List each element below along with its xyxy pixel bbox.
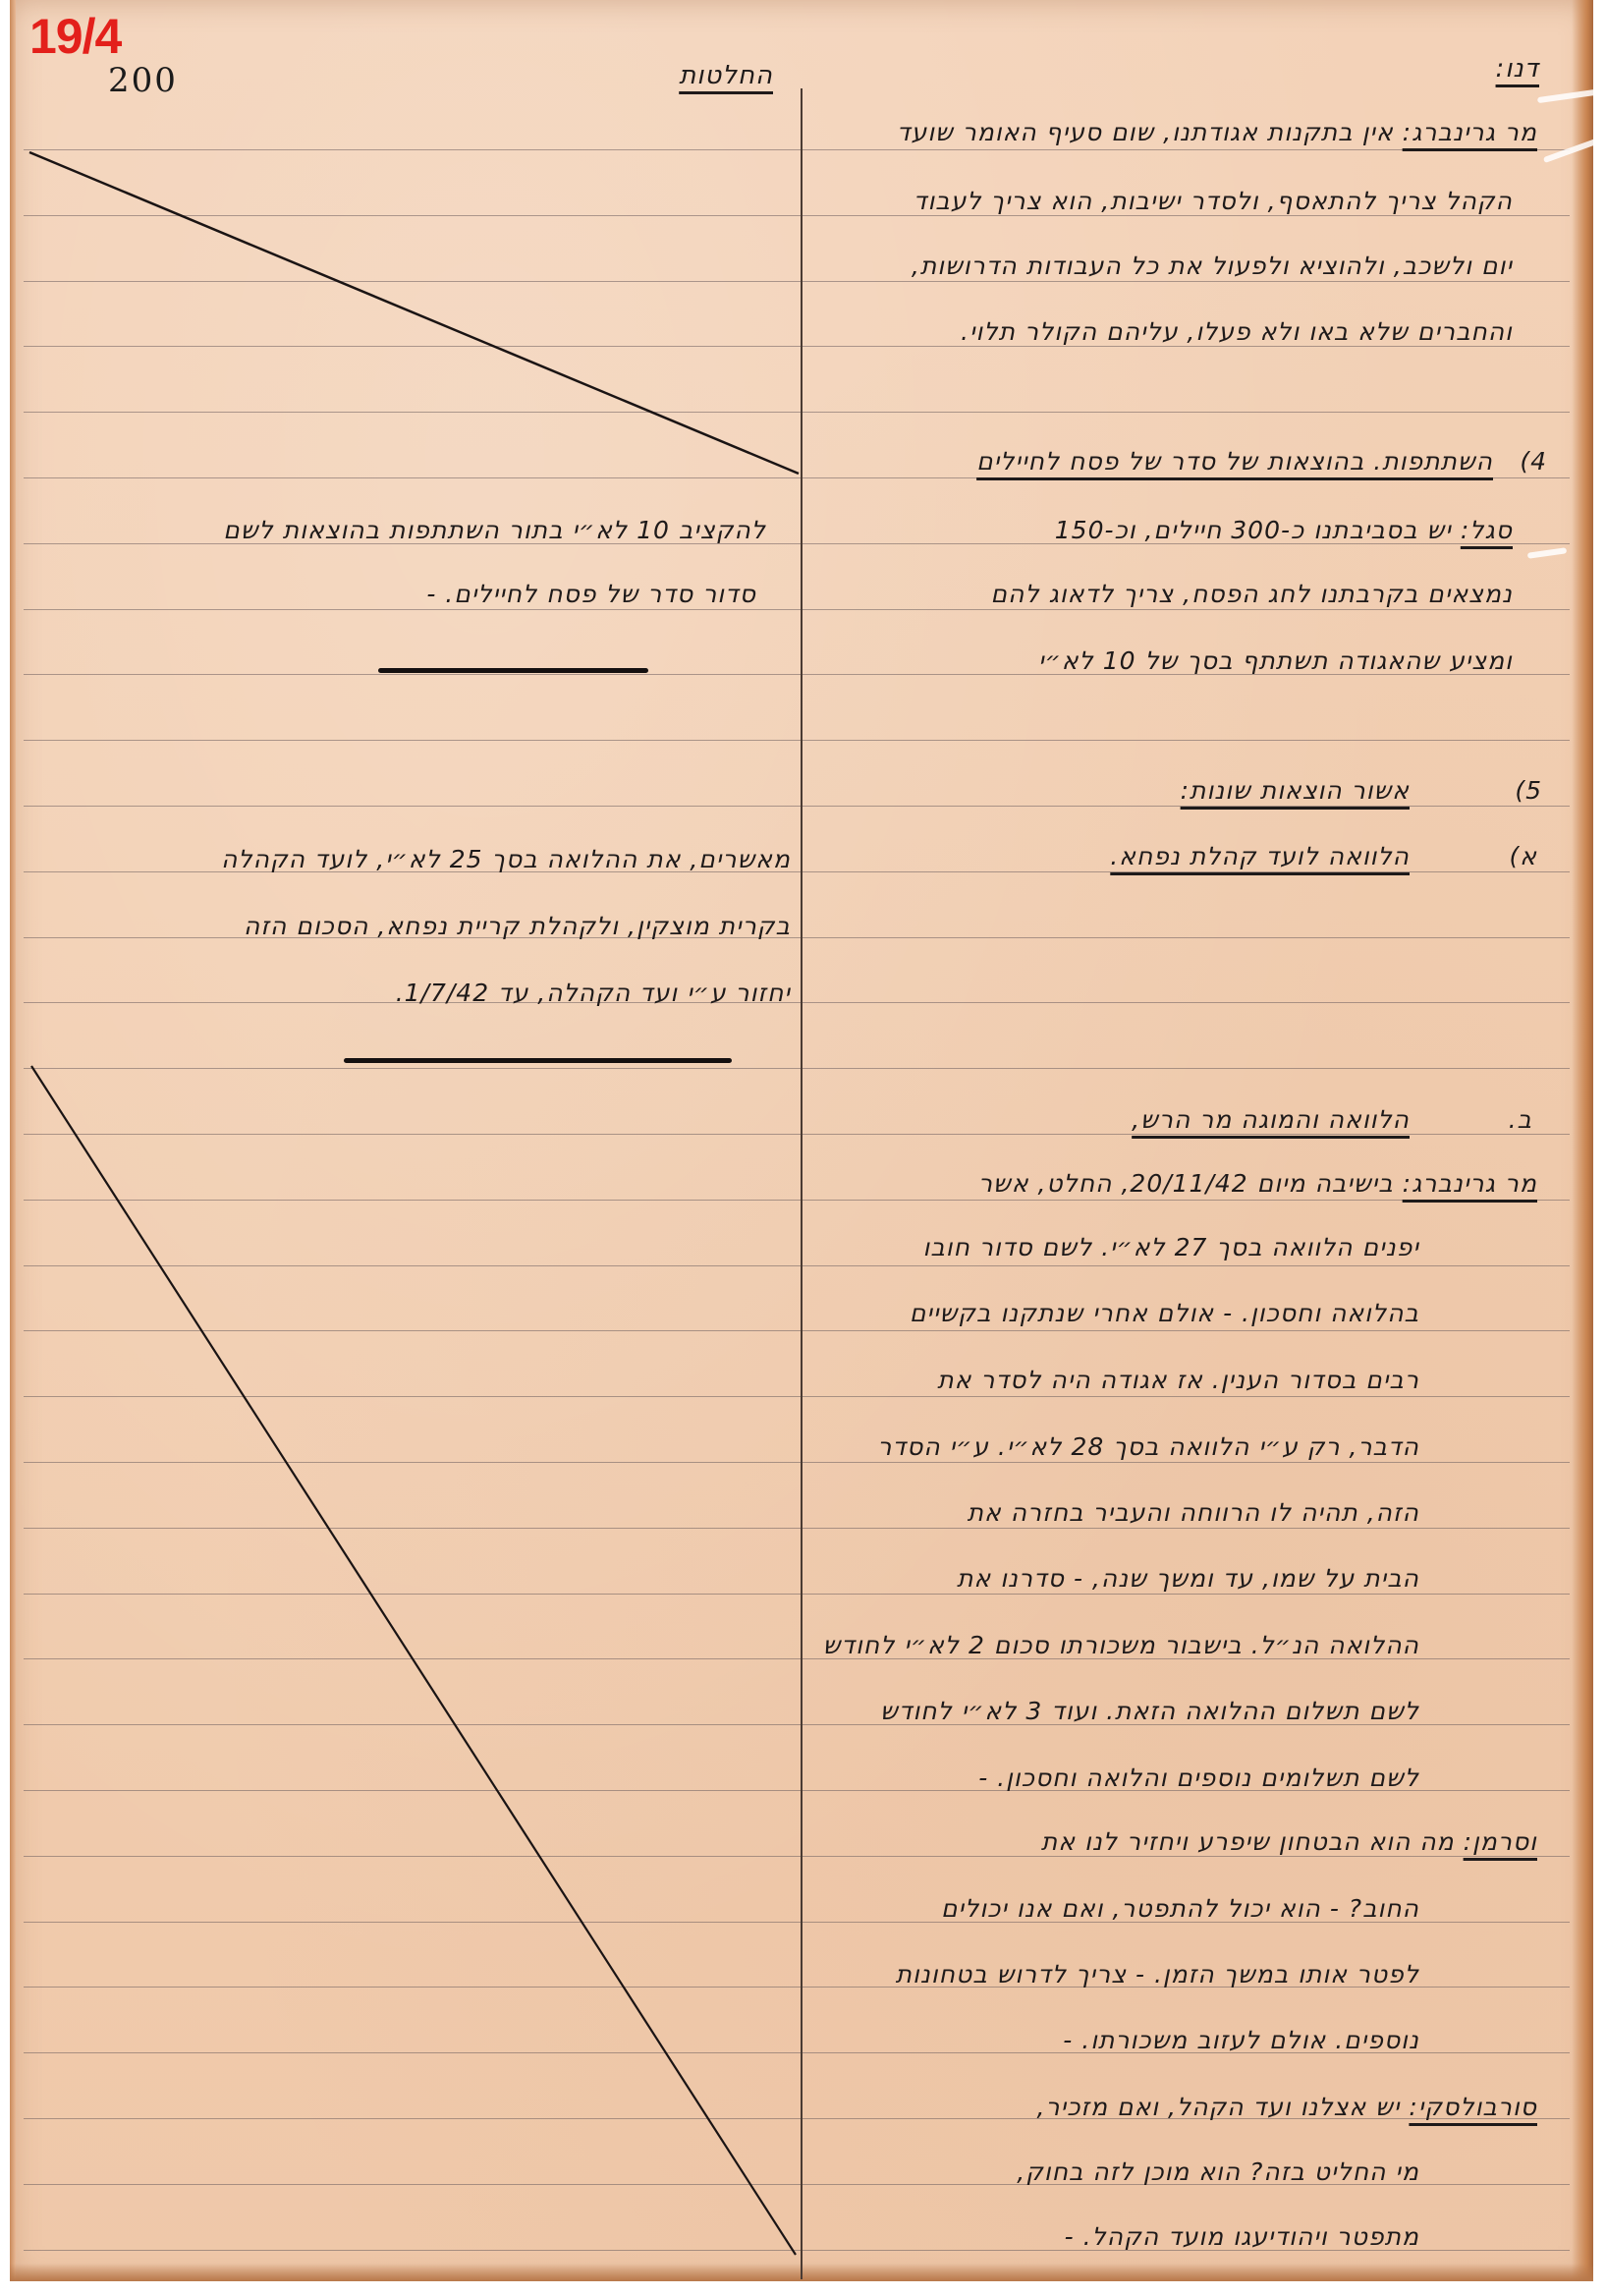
speaker-name: וסרמן: <box>1464 1827 1537 1856</box>
item-line: מתפטר ויהודיעגו מועד הקהל. - <box>1065 2222 1419 2251</box>
sub-item-title: הלוואה לועד קהלת נפחא. <box>1110 842 1410 870</box>
sub-item-number: א) <box>1510 842 1537 870</box>
decision-line: יחזור ע״י ועד הקהלה, עד 1/7/42. <box>396 979 791 1007</box>
item-line: הבית על שמו, עד ומשך שנה, - סדרנו את <box>957 1564 1419 1593</box>
item-line: נוספים. אולם לעזוב משכורתו. - <box>1063 2026 1419 2054</box>
speaker-name: סגל: <box>1461 516 1513 544</box>
decision-line: להקציב 10 לא״י בתור השתתפות בהוצאות לשם <box>223 516 766 544</box>
item-line: הדבר, רק ע״י הלוואה בסך 28 לא״י. ע״י הסד… <box>877 1432 1419 1461</box>
main-column-header: דנו: <box>1496 54 1539 84</box>
item-line: מר גרינברג: בישיבה מיום 20/11/42, החלט, … <box>978 1169 1537 1198</box>
speaker-name: מר גרינברג: <box>1403 1169 1537 1198</box>
item-number: 5) <box>1515 776 1542 805</box>
page-number: 200 <box>108 61 178 100</box>
item-number: 4) <box>1520 447 1547 476</box>
item-line: רבים בסדור הענין. אז אגודה היה לסדר את <box>937 1366 1419 1394</box>
decision-separator <box>378 668 648 673</box>
item-title: אשור הוצאות שונות: <box>1181 776 1410 805</box>
item-line: לשם תשלומים נוספים והלואה וחסכון. - <box>978 1764 1419 1792</box>
margin-column-header: החלטות <box>679 61 773 90</box>
sub-item-number: ב. <box>1509 1105 1532 1134</box>
item-line: לפטר אותו במשך הזמן. - צריך לדרוש בטחונו… <box>896 1960 1419 1988</box>
item-title: השתתפות. בהוצאות של סדר של פסח לחיילים <box>976 447 1493 476</box>
speaker-name: מר גרינברג: <box>1403 118 1537 146</box>
intro-line: והחברים שלא באו ולא פעלו, עליהם הקולר תל… <box>961 317 1513 346</box>
item-line: וסרמן: מה הוא הבטחון שיפרע ויחזיר לנו את <box>1041 1827 1537 1856</box>
item-line: הזה, תהיה לו הרווחה והעביר בחזרה את <box>968 1498 1419 1527</box>
decision-line: בקרית מוצקין, ולקהלת קריית נפחא, הסכום ה… <box>244 912 791 940</box>
decision-line: סדור סדר של פסח לחיילים. - <box>426 580 756 608</box>
archive-stamp: 19/4 <box>29 8 121 65</box>
item-line: ההלואה הנ״ל. בישבור משכורתו סכום 2 לא״י … <box>823 1631 1419 1659</box>
item-line: סורבולסקי: יש אצלנו ועד הקהל, ואם מזכיר, <box>1037 2093 1537 2121</box>
decision-separator <box>344 1058 732 1063</box>
speaker-name: סורבולסקי: <box>1409 2093 1537 2121</box>
intro-line: יום ולשכב, ולהוציא ולפעול את כל העבודות … <box>912 252 1513 280</box>
item-line: יפנים הלוואה בסך 27 לא״י. לשם סדור חובו <box>923 1233 1419 1261</box>
decision-line: מאשרים, את ההלואה בסך 25 לא״י, לועד הקהל… <box>221 845 791 873</box>
item-line: ומציע שהאגודה תשתתף בסך של 10 לא״י <box>1038 646 1513 675</box>
item-line: מי החליט בזה? הוא מוכן לזה בחוק, <box>1017 2157 1419 2186</box>
item-line: החוב? - הוא יכול להתפטר, ואם אנו יכולים <box>941 1894 1419 1923</box>
intro-line: הקהל צריך להתאסף, ולסדר ישיבות, הוא צריך… <box>914 187 1513 215</box>
item-line: לשם תשלום ההלואה הזאת. ועוד 3 לא״י לחודש <box>880 1697 1419 1725</box>
item-line: בהלואה וחסכון. - אולם אחרי שנתקנו בקשיים <box>910 1299 1419 1327</box>
item-line: נמצאים בקרבתנו לחג הפסח, צריך לדאוג להם <box>991 580 1513 608</box>
sub-item-title: הלוואה והמוגה מר הרש, <box>1132 1105 1410 1134</box>
intro-line-1: מר גרינברג: אין בתקנות אגודתנו, שום סעיף… <box>897 118 1537 146</box>
item-line: סגל: יש בסביבתנו כ-300 חיילים, וכ-150 <box>1055 516 1513 544</box>
